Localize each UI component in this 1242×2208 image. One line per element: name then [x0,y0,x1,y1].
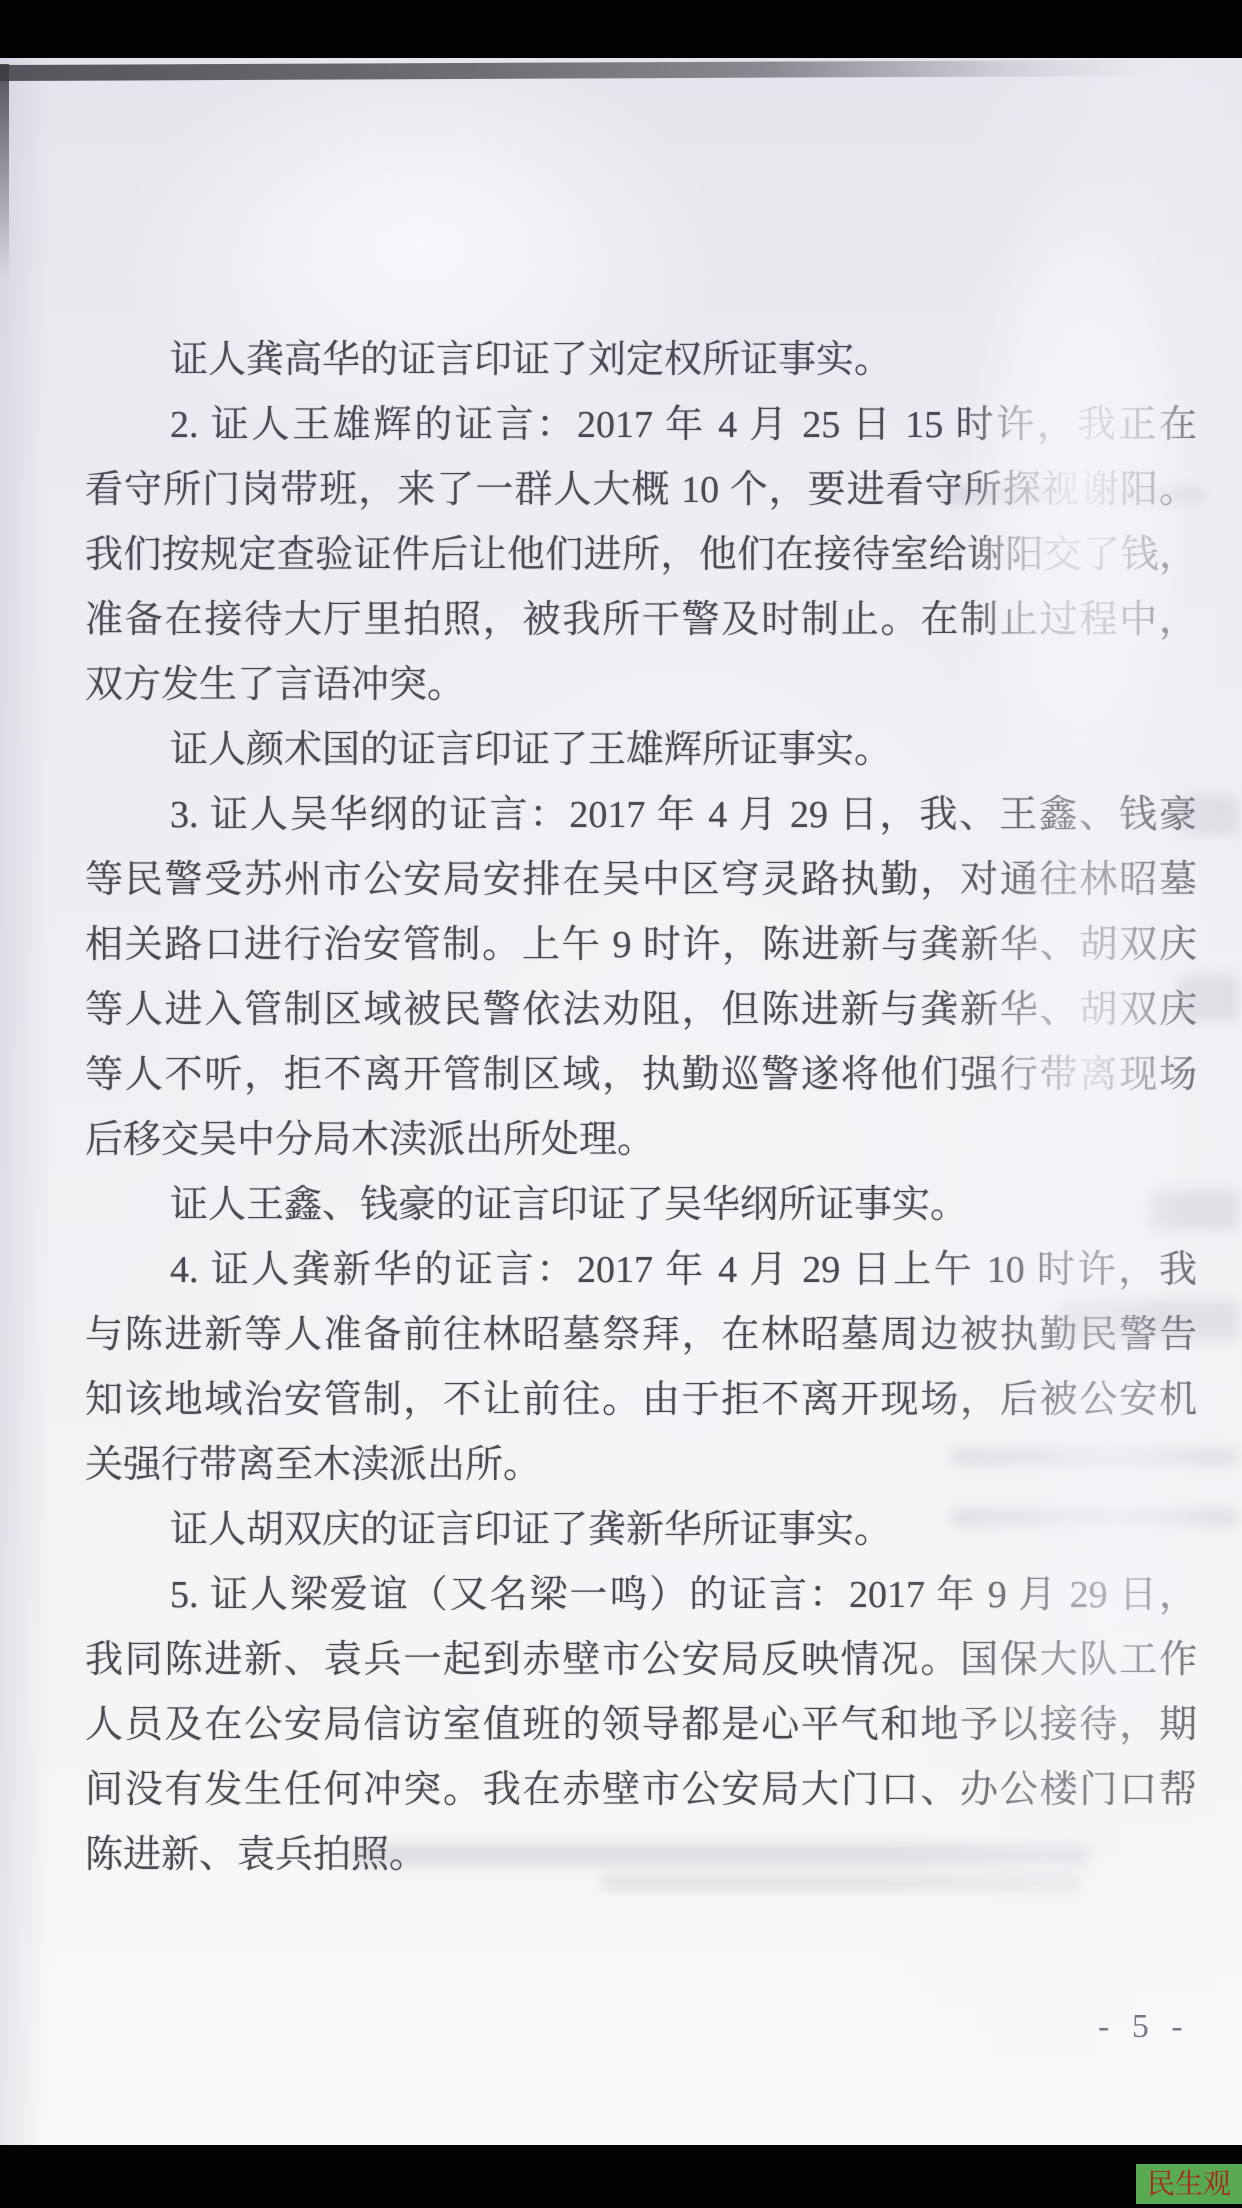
testimony-line: 证人王鑫、钱豪的证言印证了吴华纲所证事实。 [85,1173,1197,1238]
scan-bottom-black-bar: 民生观察 [0,2145,1242,2208]
testimony-line: 等人不听，拒不离开管制区域，执勤巡警遂将他们强行带离现场 [85,1043,1197,1108]
page-number: - 5 - [1098,2008,1228,2046]
page-top-edge-shadow [0,60,1242,81]
testimony-line: 5. 证人梁爱谊（又名梁一鸣）的证言：2017 年 9 月 29 日， [85,1563,1197,1628]
testimony-line: 我们按规定查验证件后让他们进所，他们在接待室给谢阳交了钱， [85,523,1197,588]
testimony-line: 人员及在公安局信访室值班的领导都是心平气和地予以接待，期 [85,1693,1197,1758]
testimony-line: 等民警受苏州市公安局安排在吴中区穹灵路执勤，对通往林昭墓 [85,848,1197,913]
testimony-line: 我同陈进新、袁兵一起到赤壁市公安局反映情况。国保大队工作 [85,1628,1197,1693]
scanned-document-page: 证人龚高华的证言印证了刘定权所证事实。 2. 证人王雄辉的证言：2017 年 4… [0,0,1242,2208]
testimony-line: 陈进新、袁兵拍照。 [85,1823,1197,1888]
testimony-line: 知该地域治安管制，不让前往。由于拒不离开现场，后被公安机 [85,1368,1197,1433]
testimony-line: 关强行带离至木渎派出所。 [85,1433,1197,1498]
page-left-edge-shadow [0,64,9,279]
testimony-line: 看守所门岗带班，来了一群人大概 10 个，要进看守所探视谢阳。 [85,458,1197,523]
testimony-line: 后移交吴中分局木渎派出所处理。 [85,1108,1197,1173]
paper-sheet: 证人龚高华的证言印证了刘定权所证事实。 2. 证人王雄辉的证言：2017 年 4… [0,58,1242,2145]
testimony-line: 3. 证人吴华纲的证言：2017 年 4 月 29 日，我、王鑫、钱豪 [85,783,1197,848]
testimony-line: 4. 证人龚新华的证言：2017 年 4 月 29 日上午 10 时许，我 [85,1238,1197,1303]
testimony-text-block: 证人龚高华的证言印证了刘定权所证事实。 2. 证人王雄辉的证言：2017 年 4… [85,328,1197,1888]
testimony-line: 证人胡双庆的证言印证了龚新华所证事实。 [85,1498,1197,1563]
testimony-line: 等人进入管制区域被民警依法劝阻，但陈进新与龚新华、胡双庆 [85,978,1197,1043]
testimony-line: 与陈进新等人准备前往林昭墓祭拜，在林昭墓周边被执勤民警告 [85,1303,1197,1368]
testimony-line: 间没有发生任何冲突。我在赤壁市公安局大门口、办公楼门口帮 [85,1758,1197,1823]
testimony-line: 证人龚高华的证言印证了刘定权所证事实。 [85,328,1197,393]
testimony-line: 相关路口进行治安管制。上午 9 时许，陈进新与龚新华、胡双庆 [85,913,1197,978]
testimony-line: 2. 证人王雄辉的证言：2017 年 4 月 25 日 15 时许，我正在 [85,393,1197,458]
scan-top-black-bar [0,0,1242,58]
testimony-line: 证人颜术国的证言印证了王雄辉所证事实。 [85,718,1197,783]
minsheng-watchdog-watermark: 民生观察 [1136,2164,1242,2204]
testimony-line: 双方发生了言语冲突。 [85,653,1197,718]
testimony-line: 准备在接待大厅里拍照，被我所干警及时制止。在制止过程中， [85,588,1197,653]
